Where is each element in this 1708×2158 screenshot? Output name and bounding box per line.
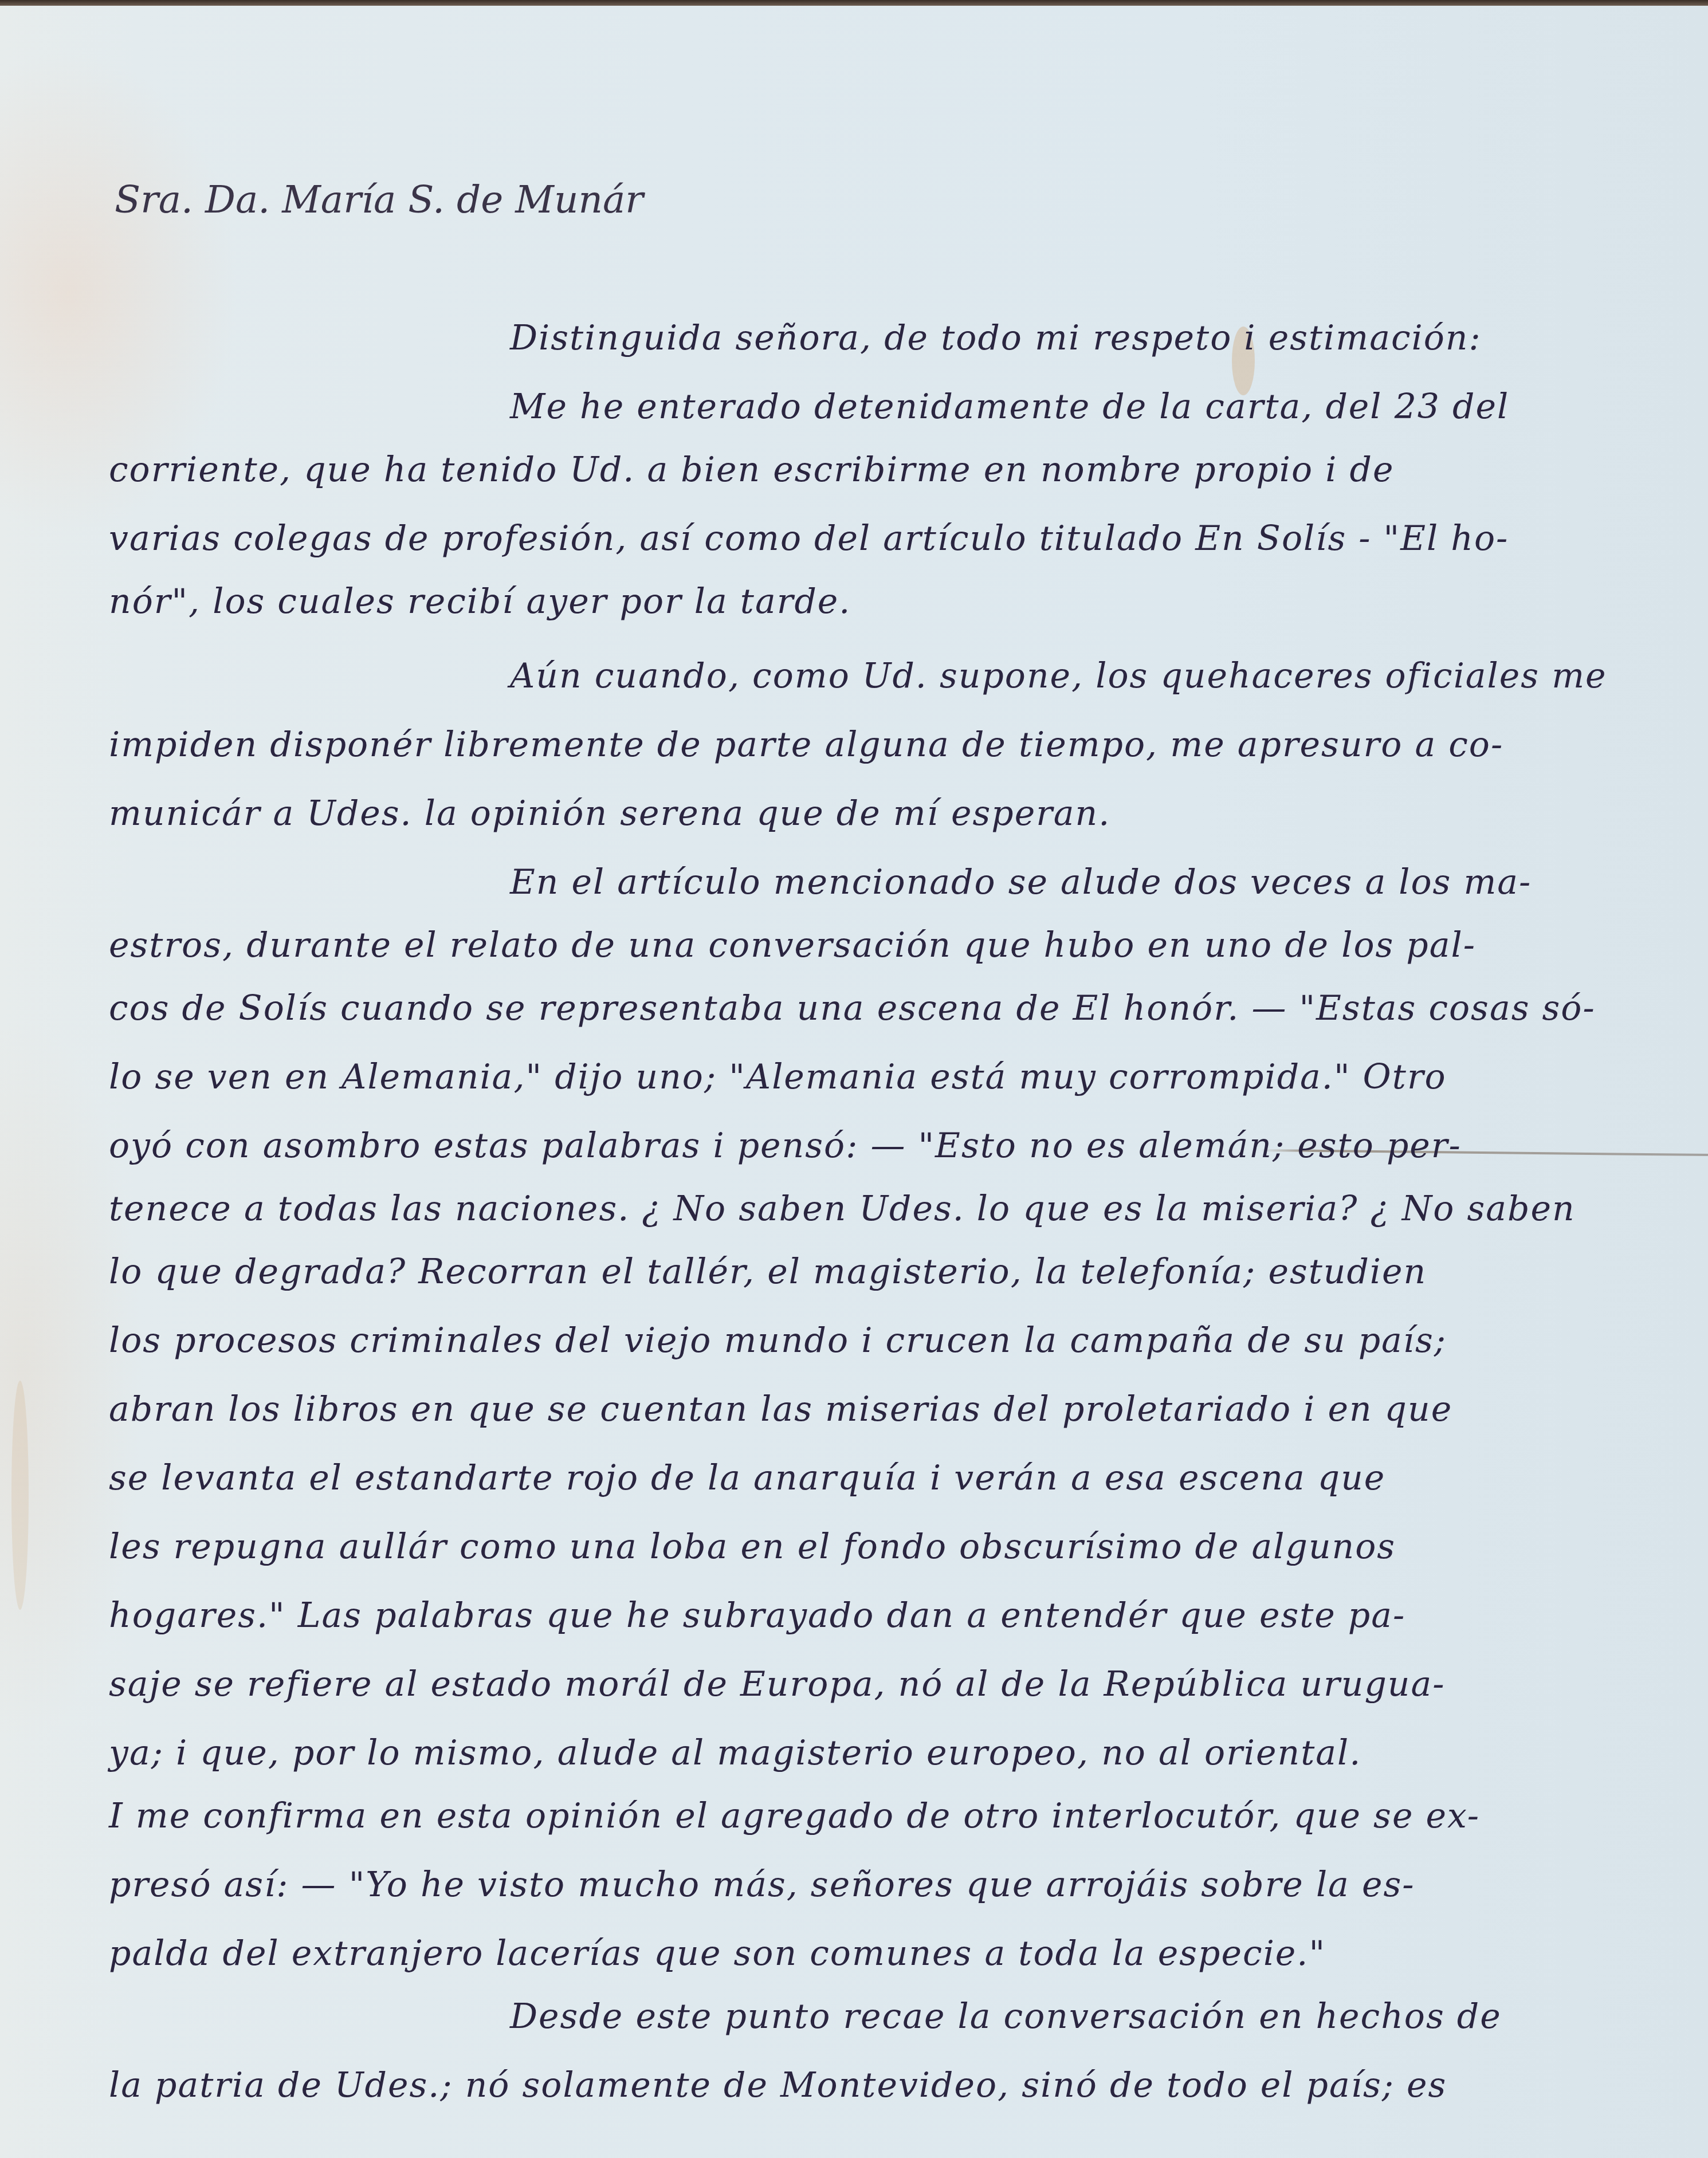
letter-line: nór", los cuales recibí ayer por la tard… bbox=[109, 584, 851, 619]
ink-stain bbox=[11, 1381, 29, 1610]
letter-line: impiden disponér libremente de parte alg… bbox=[109, 728, 1503, 762]
letter-line: Desde este punto recae la conversación e… bbox=[510, 1999, 1502, 2034]
letter-line: se levanta el estandarte rojo de la anar… bbox=[109, 1461, 1385, 1495]
letter-line: cos de Solís cuando se representaba una … bbox=[109, 991, 1596, 1025]
letter-line: la patria de Udes.; nó solamente de Mont… bbox=[109, 2068, 1447, 2102]
letter-line: ya; i que, por lo mismo, alude al magist… bbox=[109, 1736, 1361, 1770]
letter-line: lo que degrada? Recorran el tallér, el m… bbox=[109, 1255, 1427, 1289]
letter-line: estros, durante el relato de una convers… bbox=[109, 928, 1476, 962]
letter-line: corriente, que ha tenido Ud. a bien escr… bbox=[109, 453, 1394, 487]
letter-paper: Sra. Da. María S. de Munár Distinguida s… bbox=[0, 6, 1708, 2158]
letter-line: lo se ven en Alemania," dijo uno; "Alema… bbox=[109, 1060, 1447, 1094]
addressee: Sra. Da. María S. de Munár bbox=[115, 178, 643, 222]
letter-line: Aún cuando, como Ud. supone, los quehace… bbox=[510, 659, 1607, 693]
letter-line: tenece a todas las naciones. ¿ No saben … bbox=[109, 1192, 1576, 1226]
letter-line: oyó con asombro estas palabras i pensó: … bbox=[109, 1129, 1462, 1163]
letter-line: En el artículo mencionado se alude dos v… bbox=[510, 865, 1532, 899]
letter-line: municár a Udes. la opinión serena que de… bbox=[109, 796, 1110, 831]
frame-edge bbox=[0, 0, 1708, 6]
letter-line: varias colegas de profesión, así como de… bbox=[109, 521, 1509, 556]
letter-line: saje se refiere al estado morál de Europ… bbox=[109, 1667, 1446, 1701]
letter-line: palda del extranjero lacerías que son co… bbox=[109, 1936, 1326, 1971]
letter-line: Me he enterado detenidamente de la carta… bbox=[510, 390, 1509, 424]
letter-line: les repugna aullár como una loba en el f… bbox=[109, 1530, 1396, 1564]
letter-line: I me confirma en esta opinión el agregad… bbox=[109, 1799, 1480, 1833]
letter-line: los procesos criminales del viejo mundo … bbox=[109, 1323, 1447, 1358]
letter-line: hogares." Las palabras que he subrayado … bbox=[109, 1598, 1405, 1633]
letter-line: abran los libros en que se cuentan las m… bbox=[109, 1392, 1452, 1426]
greeting: Distinguida señora, de todo mi respeto i… bbox=[510, 321, 1482, 355]
letter-line: presó así: — "Yo he visto mucho más, señ… bbox=[109, 1868, 1415, 1902]
